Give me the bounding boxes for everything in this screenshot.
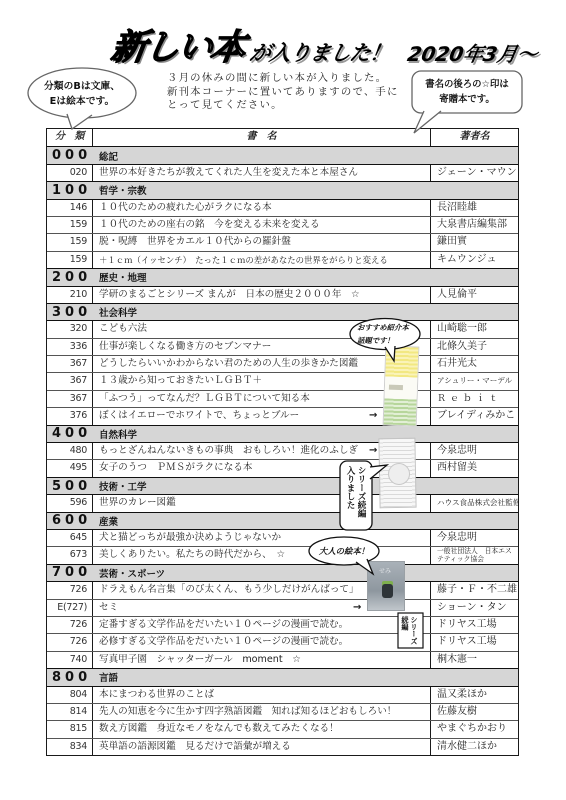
section-code: 200 — [47, 270, 97, 285]
cover-white-band — [385, 376, 418, 399]
intro-line: とって見てください。 — [167, 99, 399, 113]
section-name: 哲学・宗教 — [97, 183, 147, 197]
section-name: 自然科学 — [97, 427, 137, 441]
section-code: 000 — [47, 148, 97, 163]
class-number: 814 — [47, 704, 93, 720]
book-row: 376ぼくはイエローでホワイトで、ちょっとブルー→ブレイディみかこ — [47, 407, 518, 424]
section-header-700: 700芸術・スポーツ — [47, 564, 518, 581]
book-row: 336仕事が楽しくなる働き方のセブンマナー北條久美子 — [47, 338, 518, 355]
class-number: 320 — [47, 321, 93, 337]
author-name: 佐藤友樹 — [431, 704, 518, 720]
book-title: １３歳から知っておきたいＬＧＢＴ＋ — [93, 373, 431, 389]
book-title: 本にまつわる世界のことば — [93, 687, 431, 703]
book-title: ぼくはイエローでホワイトで、ちょっとブルー — [99, 410, 299, 421]
book-row: 367「ふつう」ってなんだ？ＬＧＢＴについて知る本Ｒｅｂｉｔ — [47, 390, 518, 407]
book-title: １０代のための疲れた心がラクになる本 — [93, 200, 431, 216]
book-row: 146１０代のための疲れた心がラクになる本長沼睦雄 — [47, 199, 518, 216]
author-name: ジェーン・マウント — [431, 165, 518, 181]
recommended-note: おすすめ紹介本 話題です！ — [357, 321, 409, 347]
book-row: 159脱・呪縛 世界をカエル１０代からの羅針盤鎌田實 — [47, 233, 518, 250]
author-name: やまぐちかおり — [431, 721, 518, 737]
header-classification: 分 類 — [47, 129, 93, 146]
section-header-400: 400自然科学 — [47, 425, 518, 442]
book-title: 写真甲子園 シャッターガール moment ☆ — [93, 652, 431, 668]
note-line: おすすめ紹介本 — [357, 321, 409, 334]
author-name: ドリヤス工場 — [431, 617, 518, 633]
author-name: ドリヤス工場 — [431, 634, 518, 650]
title-date: 2020年3月～ — [405, 38, 540, 67]
book-title: 犬と猫どっちが最強か決めようじゃないか — [93, 530, 431, 546]
section-name: 言語 — [97, 670, 118, 684]
book-row: 495女子のうつ ＰＭＳがラクになる本西村留美 — [47, 459, 518, 476]
class-number: 210 — [47, 287, 93, 303]
book-row: 834英単語の語源図鑑 見るだけで語彙が増える清水健二ほか — [47, 738, 518, 755]
author-name: 鎌田實 — [431, 234, 518, 250]
intro-line: 新刊本コーナーに置いてありますので、手に — [167, 86, 399, 100]
title-outlined: 新しい本 — [108, 20, 247, 70]
section-name: 歴史・地理 — [97, 270, 147, 284]
class-number: 726 — [47, 582, 93, 598]
class-number: 673 — [47, 547, 93, 563]
class-number: 336 — [47, 339, 93, 355]
adult-picture-book-note: 大人の絵本！ — [312, 545, 376, 557]
note-line: 寄贈本です。 — [412, 92, 522, 107]
header-author: 著者名 — [431, 129, 518, 146]
author-name: 桐木憲一 — [431, 652, 518, 668]
class-number: 740 — [47, 652, 93, 668]
section-header-300: 300社会科学 — [47, 303, 518, 320]
class-number: 480 — [47, 443, 93, 459]
author-name: 山崎聡一郎 — [431, 321, 518, 337]
book-row: 815数え方図鑑 身近なモノをなんでも数えてみたくなる！やまぐちかおり — [47, 720, 518, 737]
book-row: E(727)セミ→ショーン・タン — [47, 599, 518, 616]
table-header-row: 分 類 書 名 著者名 — [47, 129, 518, 146]
author-name: 一般社団法人 日本エステティック協会 — [431, 547, 518, 563]
author-name: 人見倫平 — [431, 287, 518, 303]
class-number: 376 — [47, 408, 93, 424]
class-number: 367 — [47, 373, 93, 389]
book-cover-image — [383, 345, 420, 426]
book-row: 159１０代のための座右の銘 今を変える未来を変える大泉書店編集部 — [47, 216, 518, 233]
note-line: 書名の後ろの☆印は — [412, 77, 522, 92]
intro-line: ３月の休みの間に新しい本が入りました。 — [167, 72, 399, 86]
header-title: 書 名 — [93, 129, 431, 146]
section-name: 技術・工学 — [97, 479, 147, 493]
section-header-200: 200歴史・地理 — [47, 268, 518, 285]
note-line: 入りました — [344, 466, 355, 526]
book-title: どうしたらいいかわからない君のための人生の歩きかた図鑑 — [93, 356, 431, 372]
section-code: 700 — [47, 565, 97, 580]
note-line: 分類のBは文庫、 — [32, 79, 132, 94]
author-name: 石井光太 — [431, 356, 518, 372]
note-line: Eは絵本です。 — [32, 94, 132, 109]
section-name: 産業 — [97, 514, 118, 528]
book-row: 210学研のまるごとシリーズ まんが 日本の歴史２０００年 ☆人見倫平 — [47, 286, 518, 303]
note-line: シリーズ続編 — [355, 466, 366, 526]
class-number: 146 — [47, 200, 93, 216]
author-name: 藤子・Ｆ・不二雄 — [431, 582, 518, 598]
class-number: 815 — [47, 721, 93, 737]
book-row: 596世界のカレー図鑑ハウス食品株式会社監修 — [47, 494, 518, 511]
class-number: 834 — [47, 739, 93, 755]
book-cover-image: せみ — [367, 561, 405, 611]
book-title: 先人の知恵を今に生かす四字熟語図鑑 知れば知るほどおもしろい！ — [93, 704, 431, 720]
arrow-right-icon: → — [353, 600, 361, 616]
section-code: 600 — [47, 513, 97, 528]
section-name: 芸術・スポーツ — [97, 566, 165, 580]
author-name: 長沼睦雄 — [431, 200, 518, 216]
author-name: ハウス食品株式会社監修 — [431, 495, 518, 511]
book-title: ＋１ｃｍ（イッセンチ） たった１ｃｍの差があなたの世界をがらりと変える — [93, 252, 431, 268]
book-row: 726定番すぎる文学作品をだいたい１０ページの漫画で読む。ドリヤス工場 — [47, 616, 518, 633]
section-header-600: 600産業 — [47, 512, 518, 529]
class-number: 645 — [47, 530, 93, 546]
jar-shape — [382, 584, 393, 598]
book-row: 367１３歳から知っておきたいＬＧＢＴ＋アシュリー・マーデル — [47, 372, 518, 389]
cover-green-band — [384, 398, 417, 425]
new-books-table: 分 類 書 名 著者名 000総記 020世界の本好きたちが教えてくれた人生を変… — [46, 128, 519, 756]
book-cover-image — [378, 438, 416, 509]
class-number: 804 — [47, 687, 93, 703]
author-name: 今泉忠明 — [431, 443, 518, 459]
book-title: セミ — [99, 602, 118, 613]
section-code: 500 — [47, 479, 97, 494]
book-title: 脱・呪縛 世界をカエル１０代からの羅針盤 — [93, 234, 431, 250]
book-title-cell: ぼくはイエローでホワイトで、ちょっとブルー→ — [93, 408, 431, 424]
author-name: アシュリー・マーデル — [431, 373, 518, 389]
class-number: 020 — [47, 165, 93, 181]
section-name: 総記 — [97, 149, 118, 163]
class-number: 495 — [47, 460, 93, 476]
arrow-right-icon: → — [369, 443, 377, 459]
class-number: 367 — [47, 356, 93, 372]
book-title: 定番すぎる文学作品をだいたい１０ページの漫画で読む。 — [93, 617, 431, 633]
author-name: 大泉書店編集部 — [431, 217, 518, 233]
book-row: 804本にまつわる世界のことば温又柔ほか — [47, 686, 518, 703]
class-number: 726 — [47, 634, 93, 650]
book-title: 世界の本好きたちが教えてくれた人生を変えた本と本屋さん — [93, 165, 431, 181]
author-name: 北條久美子 — [431, 339, 518, 355]
author-name: 清水健二ほか — [431, 739, 518, 755]
intro-text: ３月の休みの間に新しい本が入りました。 新刊本コーナーに置いてありますので、手に… — [167, 72, 399, 113]
section-header-800: 800言語 — [47, 668, 518, 685]
book-row: 726ドラえもん名言集「のび太くん、もう少しだけがんばって」藤子・Ｆ・不二雄 — [47, 581, 518, 598]
book-title: 英単語の語源図鑑 見るだけで語彙が増える — [93, 739, 431, 755]
book-row: 020世界の本好きたちが教えてくれた人生を変えた本と本屋さんジェーン・マウント — [47, 164, 518, 181]
series-sequel-small-note: シリーズ続編 — [401, 616, 419, 646]
section-header-500: 500技術・工学 — [47, 477, 518, 494]
cover-title: せみ — [379, 566, 391, 575]
book-row: 814先人の知恵を今に生かす四字熟語図鑑 知れば知るほどおもしろい！佐藤友樹 — [47, 703, 518, 720]
book-row: 645犬と猫どっちが最強か決めようじゃないか今泉忠明 — [47, 529, 518, 546]
author-name: ショーン・タン — [431, 600, 518, 616]
section-code: 100 — [47, 183, 97, 198]
book-title: １０代のための座右の銘 今を変える未来を変える — [93, 217, 431, 233]
section-header-000: 000総記 — [47, 146, 518, 163]
section-code: 300 — [47, 305, 97, 320]
book-row: 726必修すぎる文学作品をだいたい１０ページの漫画で読む。ドリヤス工場 — [47, 633, 518, 650]
section-code: 400 — [47, 426, 97, 441]
class-number: 367 — [47, 391, 93, 407]
class-number: 596 — [47, 495, 93, 511]
author-name: ブレイディみかこ — [431, 408, 518, 424]
book-title: 学研のまるごとシリーズ まんが 日本の歴史２０００年 ☆ — [93, 287, 431, 303]
book-row: 740写真甲子園 シャッターガール moment ☆桐木憲一 — [47, 651, 518, 668]
classification-note: 分類のBは文庫、 Eは絵本です。 — [32, 79, 132, 109]
book-title: もっとざんねんないきもの事典 おもしろい！進化のふしぎ — [99, 445, 358, 456]
book-title: 「ふつう」ってなんだ？ＬＧＢＴについて知る本 — [93, 391, 431, 407]
book-title: 数え方図鑑 身近なモノをなんでも数えてみたくなる！ — [93, 721, 431, 737]
section-code: 800 — [47, 670, 97, 685]
class-number: 726 — [47, 617, 93, 633]
author-name: Ｒｅｂｉｔ — [431, 391, 518, 407]
gift-note: 書名の後ろの☆印は 寄贈本です。 — [412, 77, 522, 107]
note-line: 話題です！ — [357, 334, 409, 347]
book-row: 480もっとざんねんないきもの事典 おもしろい！進化のふしぎ→今泉忠明 — [47, 442, 518, 459]
book-row: 159＋１ｃｍ（イッセンチ） たった１ｃｍの差があなたの世界をがらりと変えるキム… — [47, 251, 518, 268]
book-row: 367どうしたらいいかわからない君のための人生の歩きかた図鑑石井光太 — [47, 355, 518, 372]
series-sequel-note: シリーズ続編 入りました — [344, 466, 366, 526]
class-number: 159 — [47, 234, 93, 250]
section-name: 社会科学 — [97, 305, 137, 319]
book-row: 673美しくありたい。私たちの時代だから、 ☆一般社団法人 日本エステティック協… — [47, 546, 518, 563]
title-rest: が入りました！ — [247, 37, 392, 67]
section-header-100: 100哲学・宗教 — [47, 181, 518, 198]
book-title: 必修すぎる文学作品をだいたい１０ページの漫画で読む。 — [93, 634, 431, 650]
author-name: キムウンジュ — [431, 252, 518, 268]
author-name: 温又柔ほか — [431, 687, 518, 703]
author-name: 今泉忠明 — [431, 530, 518, 546]
book-row: 320こども六法山崎聡一郎 — [47, 320, 518, 337]
cover-yellow-band — [385, 346, 418, 377]
class-number: E(727) — [47, 600, 93, 616]
page-title: 新しい本 が入りました！ 2020年3月～ — [112, 20, 538, 70]
arrow-right-icon: → — [369, 408, 377, 424]
class-number: 159 — [47, 252, 93, 268]
author-name: 西村留美 — [431, 460, 518, 476]
class-number: 159 — [47, 217, 93, 233]
